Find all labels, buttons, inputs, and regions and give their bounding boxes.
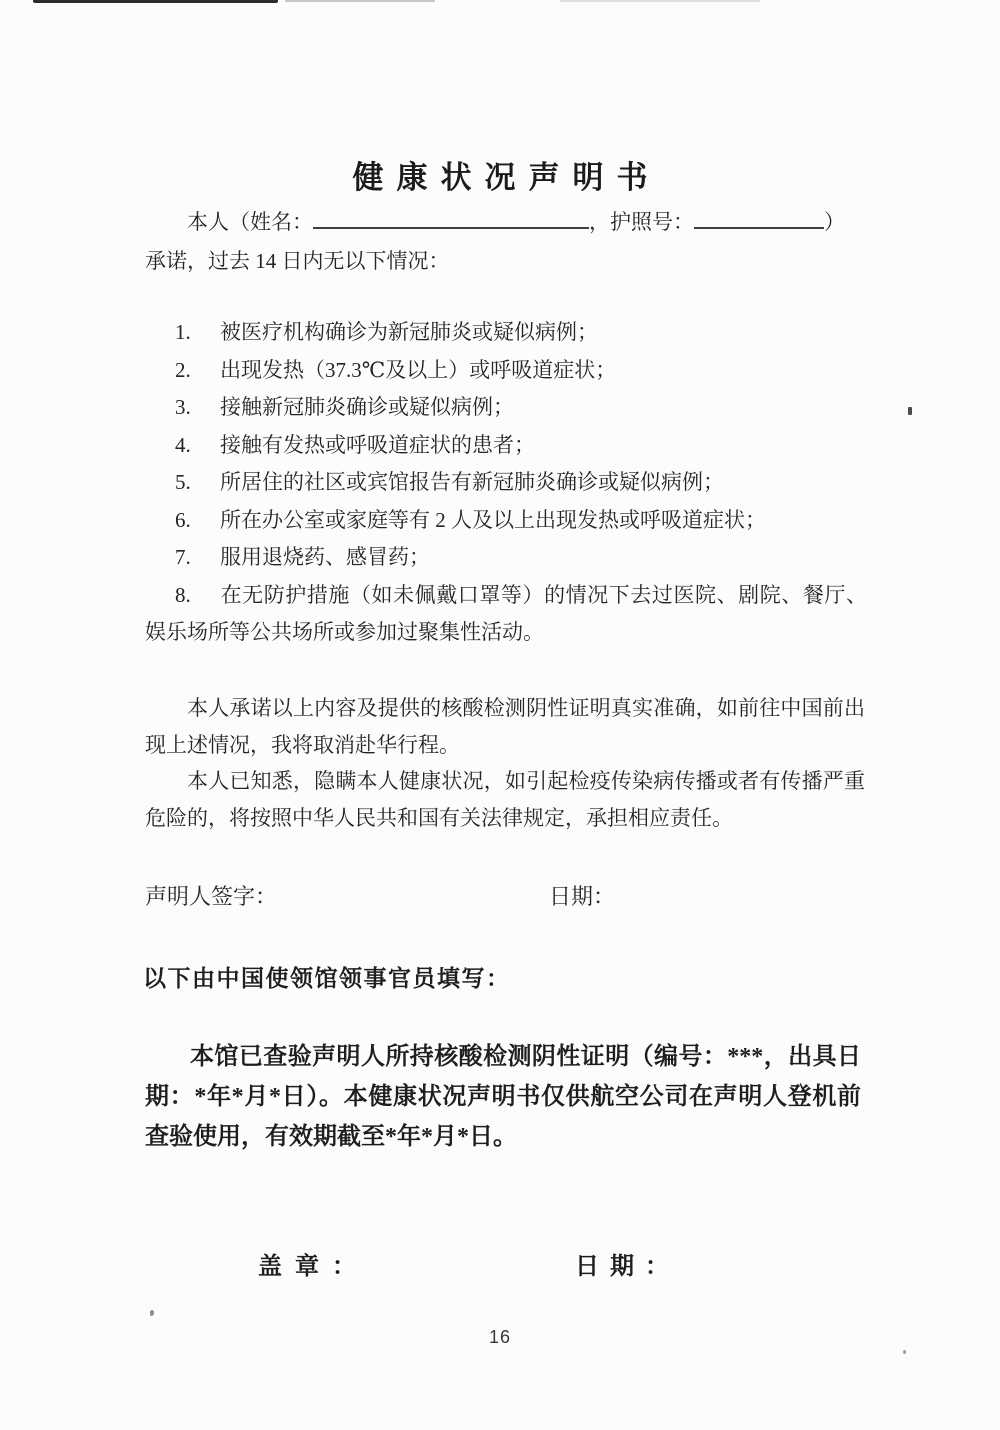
scan-speck [903,1350,906,1354]
stamp-row: 盖章： 日期： [0,1246,1000,1280]
condition-text: 接触有发热或呼吸道症状的患者； [220,433,535,457]
condition-text: 所在办公室或家庭等有 2 人及以上出现发热或呼吸道症状； [220,508,766,532]
condition-text: 在无防护措施（如未佩戴口罩等）的情况下去过医院、剧院、餐厅、娱乐场所等公共场所或… [145,583,867,645]
condition-number: 7. [175,539,220,577]
intro-line-identity: 本人（姓名：，护照号：） [145,203,867,242]
condition-item-1: 1.被医疗机构确诊为新冠肺炎或疑似病例； [145,314,867,352]
condition-number: 2. [175,352,220,390]
condition-item-5: 5.所居住的社区或宾馆报告有新冠肺炎确诊或疑似病例； [145,464,867,502]
document-title: 健康状况声明书 [0,160,1000,196]
conditions-list: 1.被医疗机构确诊为新冠肺炎或疑似病例； 2.出现发热（37.3℃及以上）或呼吸… [145,314,867,652]
scanned-document-page: 健康状况声明书 本人（姓名：，护照号：） 承诺，过去 14 日内无以下情况： 1… [0,0,1000,1430]
condition-number: 4. [175,427,220,465]
condition-item-3: 3.接触新冠肺炎确诊或疑似病例； [145,389,867,427]
condition-number: 8. [175,577,220,615]
scan-artifact-line [285,0,435,2]
condition-number: 1. [175,314,220,352]
condition-text: 所居住的社区或宾馆报告有新冠肺炎确诊或疑似病例； [220,470,724,494]
declaration-paragraphs: 本人承诺以上内容及提供的核酸检测阴性证明真实准确，如前往中国前出现上述情况，我将… [145,690,865,837]
scan-speck [150,1310,154,1316]
condition-item-2: 2.出现发热（37.3℃及以上）或呼吸道症状； [145,352,867,390]
passport-blank-line [694,208,824,229]
condition-text: 服用退烧药、感冒药； [220,545,430,569]
condition-text: 接触新冠肺炎确诊或疑似病例； [220,395,514,419]
intro-prefix-label: 本人（姓名： [187,210,313,234]
condition-text: 出现发热（37.3℃及以上）或呼吸道症状； [220,358,616,382]
condition-number: 3. [175,389,220,427]
condition-item-7: 7.服用退烧药、感冒药； [145,539,867,577]
name-blank-line [313,208,589,229]
intro-section: 本人（姓名：，护照号：） 承诺，过去 14 日内无以下情况： [145,203,867,281]
scan-artifact-line [33,0,278,3]
intro-suffix: ） [824,210,845,234]
intro-passport-label: ，护照号： [589,210,694,234]
condition-item-8: 8.在无防护措施（如未佩戴口罩等）的情况下去过医院、剧院、餐厅、娱乐场所等公共场… [145,577,867,652]
declarant-signature-label: 声明人签字： [145,880,277,911]
condition-item-6: 6.所在办公室或家庭等有 2 人及以上出现发热或呼吸道症状； [145,502,867,540]
condition-number: 6. [175,502,220,540]
condition-item-4: 4.接触有发热或呼吸道症状的患者； [145,427,867,465]
signature-row: 声明人签字： 日期： [0,880,1000,910]
consular-verification-paragraph: 本馆已查验声明人所持核酸检测阴性证明（编号：***，出具日期：*年*月*日）。本… [145,1037,861,1157]
scan-artifact-line [560,0,760,2]
stamp-date-label: 日期： [575,1246,680,1281]
signature-date-label: 日期： [549,880,615,911]
scan-speck [908,407,912,415]
condition-number: 5. [175,464,220,502]
stamp-label: 盖章： [258,1246,369,1281]
intro-line-promise: 承诺，过去 14 日内无以下情况： [145,242,867,281]
consular-section-heading: 以下由中国使领馆领事官员填写： [143,960,511,993]
declaration-paragraph-1: 本人承诺以上内容及提供的核酸检测阴性证明真实准确，如前往中国前出现上述情况，我将… [145,690,865,763]
page-number: 16 [0,1327,1000,1348]
condition-text: 被医疗机构确诊为新冠肺炎或疑似病例； [220,320,598,344]
declaration-paragraph-2: 本人已知悉，隐瞒本人健康状况，如引起检疫传染病传播或者有传播严重危险的，将按照中… [145,763,865,836]
